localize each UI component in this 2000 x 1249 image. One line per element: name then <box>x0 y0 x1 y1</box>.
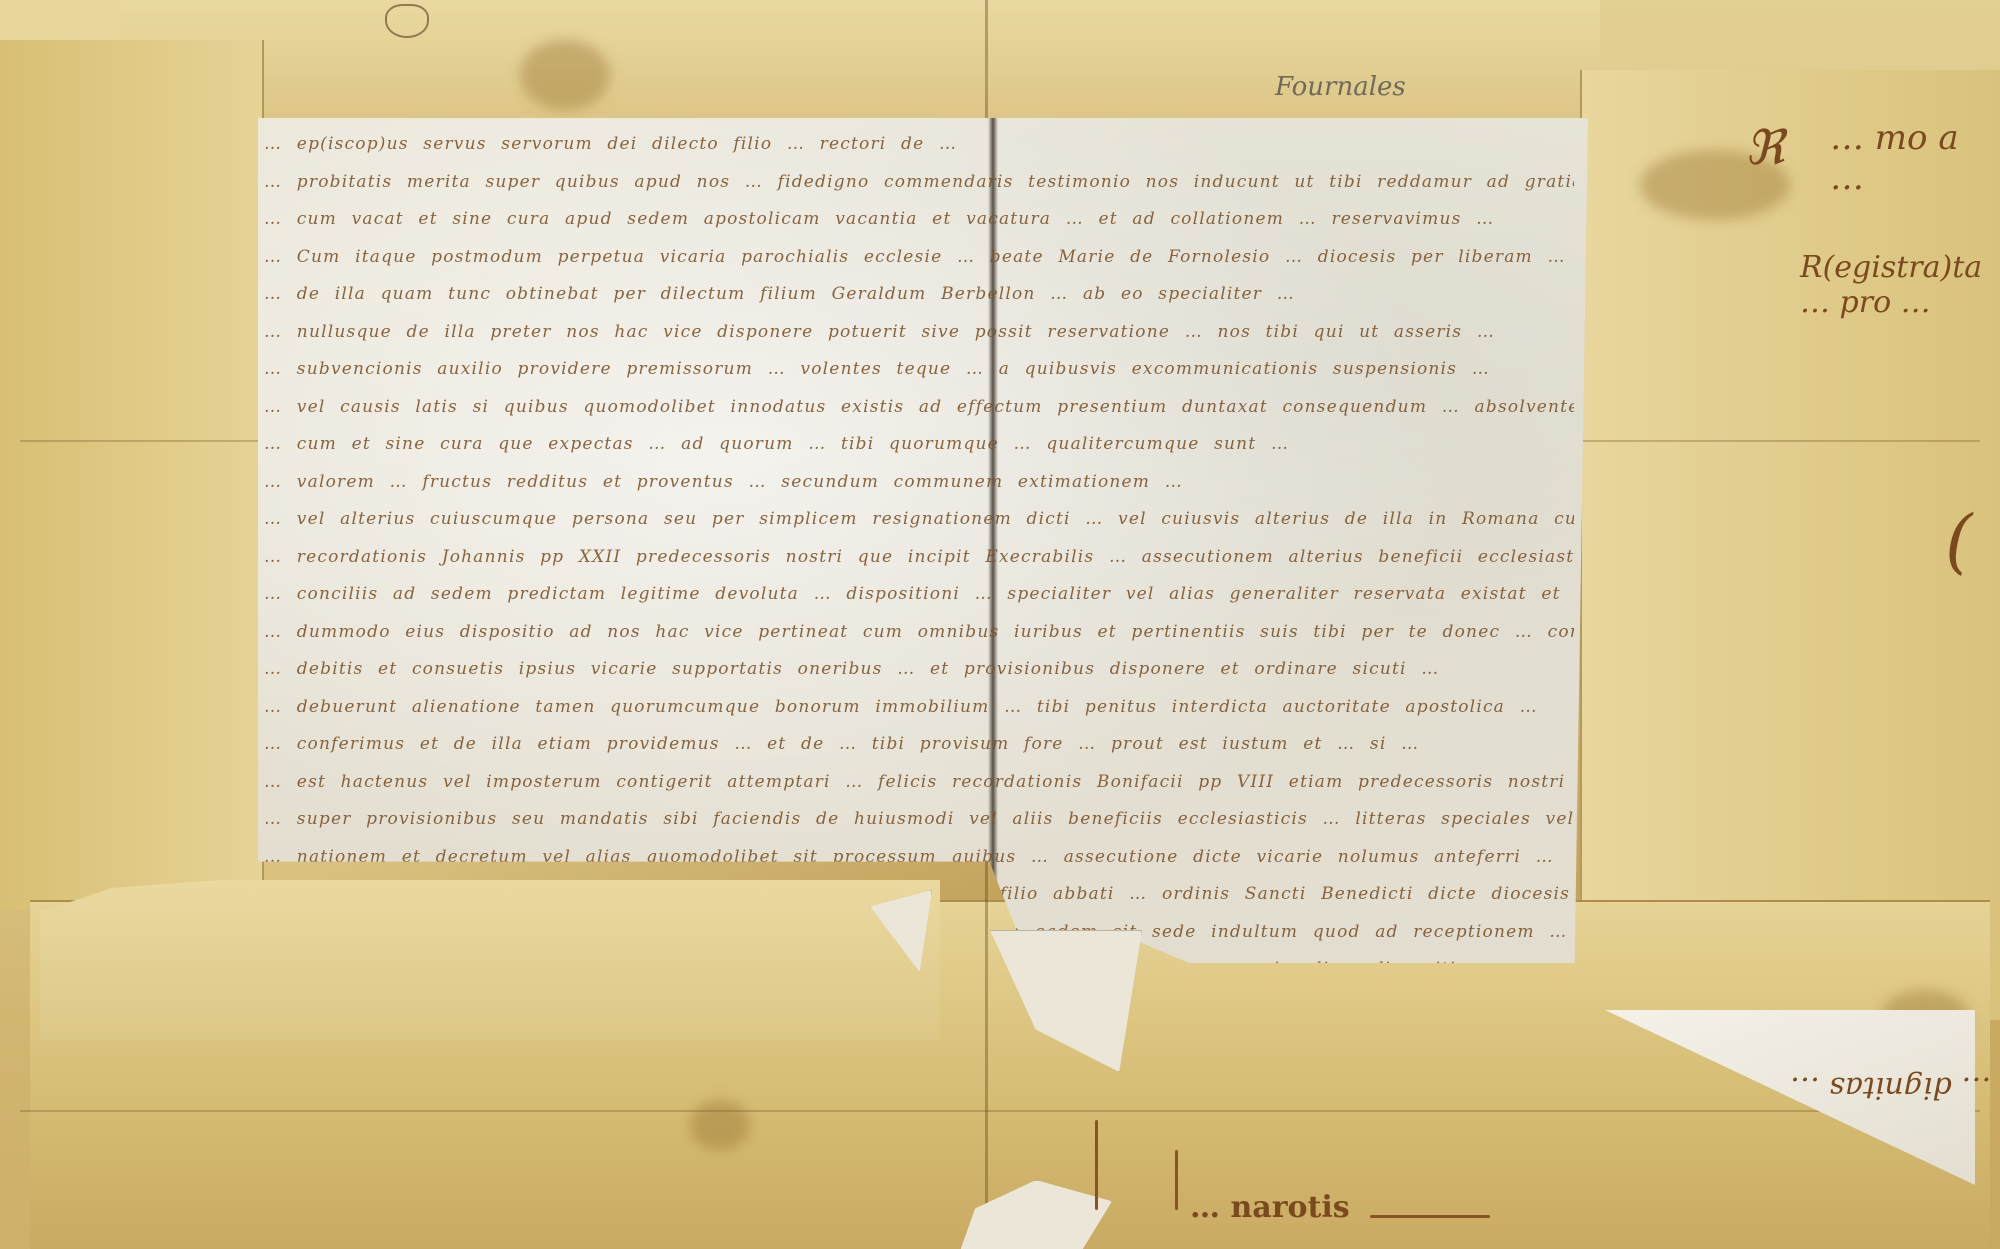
pencil-annotation: Fournales <box>1275 72 1406 102</box>
dorse-annotation: R(egistra)ta … pro … <box>1800 250 2000 320</box>
text-line: … de illa quam tunc obtinebat per dilect… <box>264 276 1574 314</box>
left-fold <box>0 40 264 910</box>
seal-hole-mark <box>385 4 429 38</box>
text-line: … conciliis ad sedem predictam legitime … <box>264 576 1574 614</box>
dorse-annotation: … mo a … <box>1830 118 2000 198</box>
text-line: … est hactenus vel imposterum contigerit… <box>264 764 1574 802</box>
text-line: … nationem et decretum vel alias quomodo… <box>264 839 1574 877</box>
horizontal-crease <box>20 1110 1980 1112</box>
signature: … narotis <box>1190 1190 1350 1225</box>
top-fold <box>120 0 1600 127</box>
text-line: … ep(iscop)us servus servorum dei dilect… <box>264 126 1574 164</box>
signature-stroke <box>1095 1120 1098 1210</box>
text-line: … probitatis merita super quibus apud no… <box>264 164 1574 202</box>
signature-stroke <box>1175 1150 1178 1210</box>
text-panel: … ep(iscop)us servus servorum dei dilect… <box>258 118 1588 963</box>
water-stain <box>520 40 610 110</box>
text-line: … nullusque de illa preter nos hac vice … <box>264 314 1574 352</box>
text-line: … super provisionibus seu mandatis sibi … <box>264 801 1574 839</box>
text-line: … vel alterius cuiuscumque persona seu p… <box>264 501 1574 539</box>
text-line: … conferimus et de illa etiam providemus… <box>264 726 1574 764</box>
parchment-document: Fournales … ep(iscop)us servus servorum … <box>0 0 2000 1249</box>
right-fold <box>1580 70 2000 1020</box>
dorse-initial-mark: ℜ <box>1745 120 1784 176</box>
text-line: … valorem … fructus redditus et proventu… <box>264 464 1574 502</box>
text-line: … recordationis Johannis pp XXII predece… <box>264 539 1574 577</box>
text-line: … debitis et consuetis ipsius vicarie su… <box>264 651 1574 689</box>
text-line: … dummodo eius dispositio ad nos hac vic… <box>264 614 1574 652</box>
text-line: … cum vacat et sine cura apud sedem apos… <box>264 201 1574 239</box>
text-line: … Cum itaque postmodum perpetua vicaria … <box>264 239 1574 277</box>
text-line: … cum et sine cura que expectas … ad quo… <box>264 426 1574 464</box>
text-line: … subvencionis auxilio providere premiss… <box>264 351 1574 389</box>
folded-flap <box>40 880 940 1040</box>
dorse-flourish: ( <box>1945 500 1972 582</box>
water-stain <box>690 1100 750 1150</box>
signature-flourish <box>1370 1215 1490 1218</box>
inverted-annotation: … dignitas … <box>1790 1070 1991 1105</box>
text-line: … vel causis latis si quibus quomodolibe… <box>264 389 1574 427</box>
text-line: … debuerunt alienatione tamen quorumcumq… <box>264 689 1574 727</box>
